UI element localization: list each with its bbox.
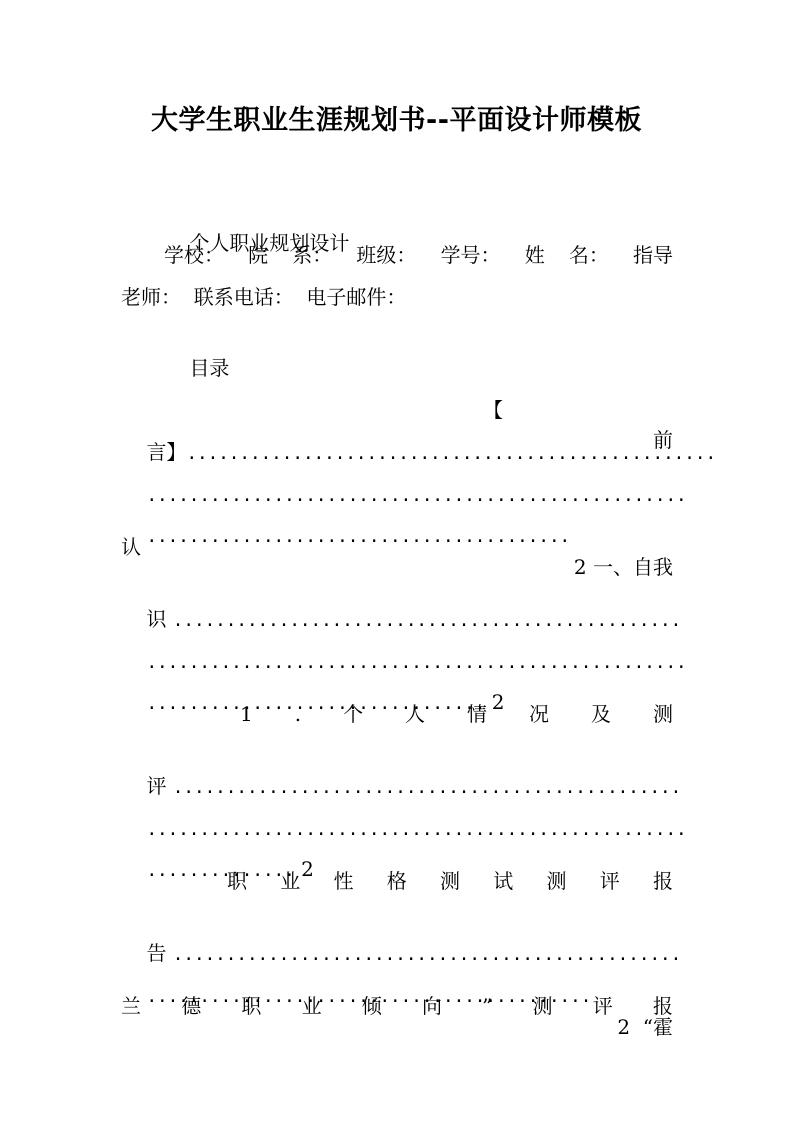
toc-char: ” bbox=[482, 991, 492, 1021]
toc-number-dot: . bbox=[295, 699, 301, 729]
toc-page-number-line: .............. 2 bbox=[121, 824, 673, 854]
toc-number: 1 bbox=[240, 699, 253, 729]
toc-page-number-line: ........................................… bbox=[121, 950, 673, 980]
toc-char: 试 bbox=[493, 866, 513, 896]
toc-char: 情 bbox=[467, 699, 487, 729]
toc-entry-holland-test-line[interactable]: 兰 德 职 业 倾 向 ” 测 评 报 bbox=[121, 991, 673, 1021]
toc-entry-self-awareness-line-1[interactable]: ........................................… bbox=[121, 490, 673, 520]
toc-char: 兰 bbox=[121, 991, 141, 1021]
toc-char: 职 bbox=[241, 991, 261, 1021]
toc-entry-preface-line-1: 【 前 bbox=[121, 365, 673, 395]
info-fields-line-2: 老师： 联系电话： 电子邮件： bbox=[121, 282, 673, 312]
toc-char: 况 bbox=[529, 699, 549, 729]
toc-char: 测 bbox=[653, 699, 673, 729]
section-heading: 个人职业规划设计 bbox=[121, 198, 673, 228]
toc-heading: 目录 bbox=[121, 323, 673, 353]
toc-char: 个 bbox=[343, 699, 363, 729]
toc-char: 性 bbox=[334, 866, 354, 896]
toc-char: 格 bbox=[387, 866, 407, 896]
field-student-id-label: 学号： bbox=[441, 240, 501, 270]
toc-entry-personality-test-line-2[interactable]: 告 ......................................… bbox=[121, 908, 673, 938]
document-page: 大学生职业生涯规划书--平面设计师模板 个人职业规划设计 学校： 院 系： 班级… bbox=[0, 0, 793, 1122]
toc-entry-personal-assessment-line-1[interactable]: 1 . 个 人 情 况 及 测 bbox=[240, 699, 673, 729]
toc-char: 向 bbox=[422, 991, 442, 1021]
toc-char: 报 bbox=[653, 991, 673, 1021]
toc-char: 测 bbox=[547, 866, 567, 896]
field-dept-label-1: 院 bbox=[248, 240, 268, 270]
toc-entry-preface-line-2[interactable]: 言】......................................… bbox=[121, 407, 673, 437]
toc-char: 报 bbox=[653, 866, 673, 896]
toc-leader-line: ........................................… bbox=[121, 783, 673, 813]
toc-entry-self-awareness-line-3[interactable]: 识 ......................................… bbox=[121, 574, 673, 604]
toc-leader-line: ........................................… bbox=[121, 449, 673, 479]
toc-char: 测 bbox=[533, 991, 553, 1021]
toc-char: 人 bbox=[405, 699, 425, 729]
toc-char: 业 bbox=[302, 991, 322, 1021]
toc-char: 评 bbox=[600, 866, 620, 896]
toc-char: 倾 bbox=[362, 991, 382, 1021]
toc-entry-personal-assessment-line-2[interactable]: 评 ......................................… bbox=[121, 741, 673, 771]
info-fields-line-1: 学校： 院 系： 班级： 学号： 姓 名： 指导 bbox=[121, 240, 673, 270]
field-dept-label-2: 系： bbox=[292, 240, 332, 270]
toc-page-number-line: ................................ 2 bbox=[121, 657, 673, 687]
toc-leader-line: ........................................… bbox=[121, 616, 673, 646]
field-advisor-label-1: 指导 bbox=[633, 240, 673, 270]
field-name-label-2: 名： bbox=[569, 240, 609, 270]
field-school-label: 学校： bbox=[164, 240, 224, 270]
toc-char: 及 bbox=[591, 699, 611, 729]
toc-char: 德 bbox=[181, 991, 201, 1021]
toc-entry-self-awareness-line-2: 认 bbox=[121, 532, 673, 562]
page-title: 大学生职业生涯规划书--平面设计师模板 bbox=[0, 98, 793, 137]
field-class-label: 班级： bbox=[356, 240, 416, 270]
toc-entry-personality-test-line-1[interactable]: 职 业 性 格 测 试 测 评 报 bbox=[227, 866, 673, 896]
toc-char: 职 bbox=[227, 866, 247, 896]
toc-char: 业 bbox=[280, 866, 300, 896]
toc-char: 测 bbox=[440, 866, 460, 896]
toc-char: 评 bbox=[593, 991, 613, 1021]
field-name-label-1: 姓 bbox=[525, 240, 545, 270]
